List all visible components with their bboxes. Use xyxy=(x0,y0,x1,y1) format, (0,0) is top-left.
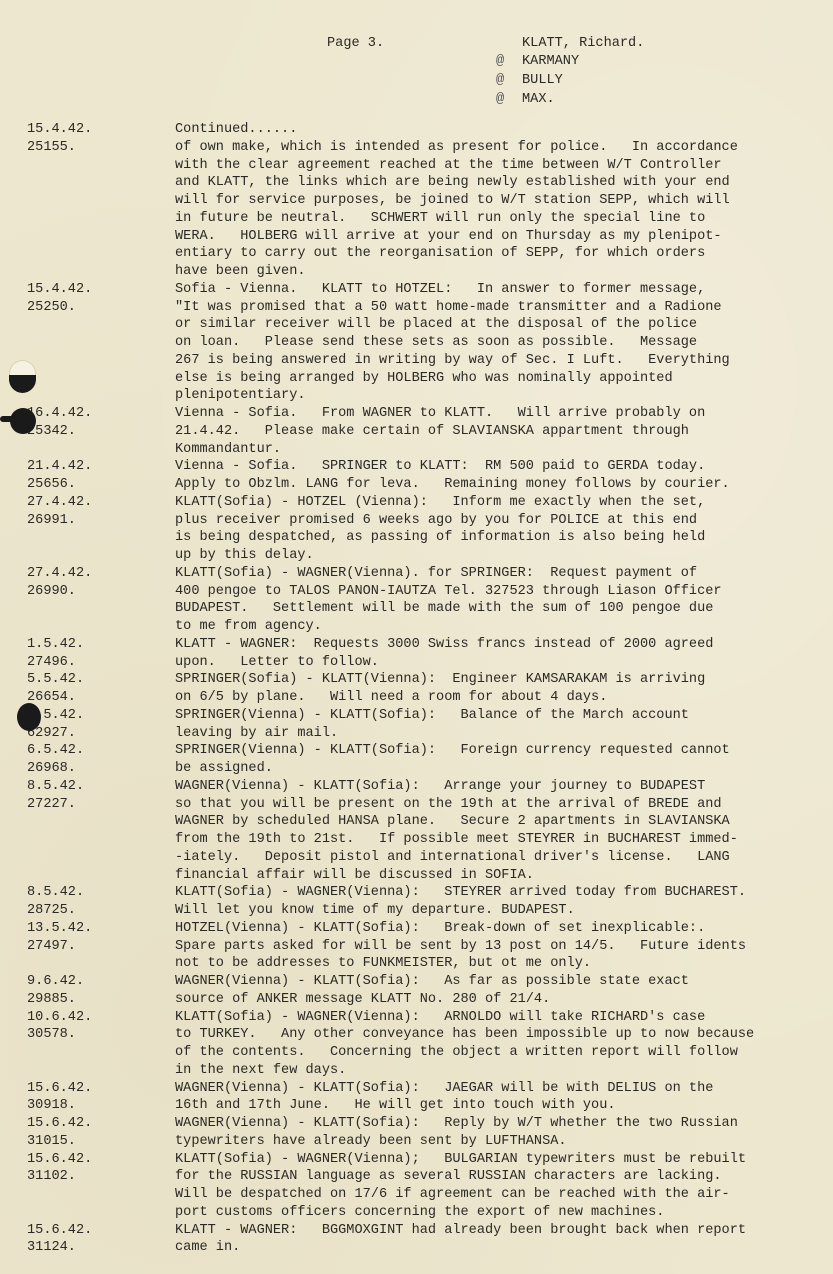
entry-text-line: SPRINGER(Sofia) - KLATT(Vienna): Enginee… xyxy=(175,671,813,689)
entry-reference-number: 26654. xyxy=(27,689,175,707)
entry-text-line: Apply to Obzlm. LANG for leva. Remaining… xyxy=(175,476,813,494)
entry-text-line: be assigned. xyxy=(175,760,813,778)
entry-date: 15.4.42. xyxy=(27,281,175,299)
entry-meta: 15.4.42.25155. xyxy=(0,121,175,281)
entry-reference-number: 26991. xyxy=(27,512,175,530)
entry-text-line: WAGNER(Vienna) - KLATT(Sofia): As far as… xyxy=(175,973,813,991)
entry-reference-number: 27496. xyxy=(27,654,175,672)
entry-meta: 9.6.42.29885. xyxy=(0,973,175,1009)
entry-text: WAGNER(Vienna) - KLATT(Sofia): JAEGAR wi… xyxy=(175,1080,833,1116)
entry-text-line: leaving by air mail. xyxy=(175,725,813,743)
entry-meta: 13.5.42.27497. xyxy=(0,920,175,973)
at-sign-icon: @ xyxy=(496,52,522,71)
entry-date: 9.6.42. xyxy=(27,973,175,991)
entry-text-line: from the 19th to 21st. If possible meet … xyxy=(175,831,813,849)
at-sign-icon: @ xyxy=(496,90,522,109)
entry-text-line: KLATT - WAGNER: BGGMOXGINT had already b… xyxy=(175,1222,813,1240)
log-entry: 13.5.42.27497.HOTZEL(Vienna) - KLATT(Sof… xyxy=(0,920,833,973)
entry-text: SPRINGER(Vienna) - KLATT(Sofia): Balance… xyxy=(175,707,833,743)
entry-text: KLATT(Sofia) - HOTZEL (Vienna): Inform m… xyxy=(175,494,833,565)
entry-text-line: plenipotentiary. xyxy=(175,387,813,405)
entry-text-line: to me from agency. xyxy=(175,618,813,636)
entry-text-line: Continued...... xyxy=(175,121,813,139)
entry-text: SPRINGER(Sofia) - KLATT(Vienna): Enginee… xyxy=(175,671,833,707)
log-entry: 5.5.42.62927.SPRINGER(Vienna) - KLATT(So… xyxy=(0,707,833,743)
entry-meta: 5.5.42.26654. xyxy=(0,671,175,707)
log-entry: 15.6.42.31124.KLATT - WAGNER: BGGMOXGINT… xyxy=(0,1222,833,1258)
entry-text-line: Kommandantur. xyxy=(175,441,813,459)
entry-text-line: KLATT(Sofia) - HOTZEL (Vienna): Inform m… xyxy=(175,494,813,512)
entry-date: 15.6.42. xyxy=(27,1222,175,1240)
entry-reference-number: 30578. xyxy=(27,1026,175,1044)
entry-date: 10.6.42. xyxy=(27,1009,175,1027)
entry-text-line: Vienna - Sofia. From WAGNER to KLATT. Wi… xyxy=(175,405,813,423)
entry-date: 16.4.42. xyxy=(27,405,175,423)
entry-meta: 8.5.42.28725. xyxy=(0,884,175,920)
entry-reference-number: 25155. xyxy=(27,139,175,157)
entry-text-line: came in. xyxy=(175,1239,813,1257)
entry-text-line: WERA. HOLBERG will arrive at your end on… xyxy=(175,228,813,246)
log-entry: 15.4.42.25250.Sofia - Vienna. KLATT to H… xyxy=(0,281,833,405)
entry-text-line: for the RUSSIAN language as several RUSS… xyxy=(175,1168,813,1186)
log-entry: 5.5.42.26654.SPRINGER(Sofia) - KLATT(Vie… xyxy=(0,671,833,707)
entry-text-line: HOTZEL(Vienna) - KLATT(Sofia): Break-dow… xyxy=(175,920,813,938)
entry-date: 5.5.42. xyxy=(27,671,175,689)
entry-text-line: with the clear agreement reached at the … xyxy=(175,157,813,175)
entry-text: WAGNER(Vienna) - KLATT(Sofia): Arrange y… xyxy=(175,778,833,885)
entry-text-line: KLATT(Sofia) - WAGNER(Vienna): ARNOLDO w… xyxy=(175,1009,813,1027)
entry-meta: 15.6.42.31015. xyxy=(0,1115,175,1151)
entry-text-line: financial affair will be discussed in SO… xyxy=(175,867,813,885)
message-log: 15.4.42.25155.Continued......of own make… xyxy=(0,121,833,1257)
entry-text-line: of the contents. Concerning the object a… xyxy=(175,1044,813,1062)
entry-text: Continued......of own make, which is int… xyxy=(175,121,833,281)
entry-reference-number: 27497. xyxy=(27,938,175,956)
subject-name: KLATT, Richard. xyxy=(522,34,644,53)
entry-meta: 8.5.42.27227. xyxy=(0,778,175,885)
entry-text: Vienna - Sofia. SPRINGER to KLATT: RM 50… xyxy=(175,458,833,494)
log-entry: 27.4.42.26990.KLATT(Sofia) - WAGNER(Vien… xyxy=(0,565,833,636)
log-entry: 15.6.42.31015.WAGNER(Vienna) - KLATT(Sof… xyxy=(0,1115,833,1151)
entry-meta: 15.6.42.31124. xyxy=(0,1222,175,1258)
entry-text-line: have been given. xyxy=(175,263,813,281)
log-entry: 16.4.42.25342.Vienna - Sofia. From WAGNE… xyxy=(0,405,833,458)
entry-text-line: port customs officers concerning the exp… xyxy=(175,1204,813,1222)
entry-text-line: typewriters have already been sent by LU… xyxy=(175,1133,813,1151)
entry-reference-number: 26990. xyxy=(27,583,175,601)
hole-punch-icon xyxy=(17,703,41,731)
entry-date: 15.6.42. xyxy=(27,1080,175,1098)
entry-text: SPRINGER(Vienna) - KLATT(Sofia): Foreign… xyxy=(175,742,833,778)
entry-text-line: KLATT(Sofia) - WAGNER(Vienna); BULGARIAN… xyxy=(175,1151,813,1169)
alias-item: @ MAX. xyxy=(496,90,579,109)
entry-reference-number: 31124. xyxy=(27,1239,175,1257)
entry-date: 15.6.42. xyxy=(27,1115,175,1133)
entry-text-line: on 6/5 by plane. Will need a room for ab… xyxy=(175,689,813,707)
entry-text-line: entiary to carry out the reorganisation … xyxy=(175,245,813,263)
log-entry: 8.5.42.28725.KLATT(Sofia) - WAGNER(Vienn… xyxy=(0,884,833,920)
entry-date: 15.4.42. xyxy=(27,121,175,139)
entry-text: Vienna - Sofia. From WAGNER to KLATT. Wi… xyxy=(175,405,833,458)
entry-text-line: WAGNER by scheduled HANSA plane. Secure … xyxy=(175,813,813,831)
entry-text-line: of own make, which is intended as presen… xyxy=(175,139,813,157)
entry-text-line: 16th and 17th June. He will get into tou… xyxy=(175,1097,813,1115)
log-entry: 6.5.42.26968.SPRINGER(Vienna) - KLATT(So… xyxy=(0,742,833,778)
entry-text-line: is being despatched, as passing of infor… xyxy=(175,529,813,547)
alias-item: @ KARMANY xyxy=(496,52,579,71)
entry-text-line: SPRINGER(Vienna) - KLATT(Sofia): Foreign… xyxy=(175,742,813,760)
entry-text-line: -iately. Deposit pistol and internationa… xyxy=(175,849,813,867)
entry-date: 8.5.42. xyxy=(27,884,175,902)
entry-meta: 15.6.42.30918. xyxy=(0,1080,175,1116)
entry-date: 6.5.42. xyxy=(27,742,175,760)
at-sign-icon: @ xyxy=(496,71,522,90)
entry-reference-number: 25656. xyxy=(27,476,175,494)
log-entry: 8.5.42.27227.WAGNER(Vienna) - KLATT(Sofi… xyxy=(0,778,833,885)
entry-reference-number: 62927. xyxy=(27,725,175,743)
entry-text-line: not to be addresses to FUNKMEISTER, but … xyxy=(175,955,813,973)
entry-meta: 21.4.42.25656. xyxy=(0,458,175,494)
entry-reference-number: 25250. xyxy=(27,299,175,317)
log-entry: 15.6.42.30918.WAGNER(Vienna) - KLATT(Sof… xyxy=(0,1080,833,1116)
entry-meta: 6.5.42.26968. xyxy=(0,742,175,778)
entry-date: 5.5.42. xyxy=(27,707,175,725)
entry-text-line: so that you will be present on the 19th … xyxy=(175,796,813,814)
entry-text: KLATT(Sofia) - WAGNER(Vienna): STEYRER a… xyxy=(175,884,833,920)
alias-name: KARMANY xyxy=(522,52,579,71)
entry-date: 15.6.42. xyxy=(27,1151,175,1169)
entry-text-line: source of ANKER message KLATT No. 280 of… xyxy=(175,991,813,1009)
entry-text-line: WAGNER(Vienna) - KLATT(Sofia): JAEGAR wi… xyxy=(175,1080,813,1098)
entry-text-line: upon. Letter to follow. xyxy=(175,654,813,672)
entry-text-line: Spare parts asked for will be sent by 13… xyxy=(175,938,813,956)
entry-meta: 27.4.42.26990. xyxy=(0,565,175,636)
document-page: Page 3. KLATT, Richard. @ KARMANY @ BULL… xyxy=(0,0,833,1274)
entry-date: 1.5.42. xyxy=(27,636,175,654)
entry-text-line: Vienna - Sofia. SPRINGER to KLATT: RM 50… xyxy=(175,458,813,476)
entry-reference-number: 31102. xyxy=(27,1168,175,1186)
entry-text-line: Will be despatched on 17/6 if agreement … xyxy=(175,1186,813,1204)
entry-text-line: WAGNER(Vienna) - KLATT(Sofia): Reply by … xyxy=(175,1115,813,1133)
entry-text-line: else is being arranged by HOLBERG who wa… xyxy=(175,370,813,388)
alias-name: MAX. xyxy=(522,90,555,109)
entry-text-line: and KLATT, the links which are being new… xyxy=(175,174,813,192)
entry-text-line: on loan. Please send these sets as soon … xyxy=(175,334,813,352)
entry-text-line: 21.4.42. Please make certain of SLAVIANS… xyxy=(175,423,813,441)
log-entry: 27.4.42.26991.KLATT(Sofia) - HOTZEL (Vie… xyxy=(0,494,833,565)
entry-text-line: 400 pengoe to TALOS PANON-IAUTZA Tel. 32… xyxy=(175,583,813,601)
page-number: Page 3. xyxy=(327,34,384,53)
hole-punch-icon xyxy=(9,360,36,393)
entry-date: 8.5.42. xyxy=(27,778,175,796)
entry-meta: 1.5.42.27496. xyxy=(0,636,175,672)
entry-text-line: WAGNER(Vienna) - KLATT(Sofia): Arrange y… xyxy=(175,778,813,796)
alias-item: @ BULLY xyxy=(496,71,579,90)
entry-text-line: or similar receiver will be placed at th… xyxy=(175,316,813,334)
entry-reference-number: 25342. xyxy=(27,423,175,441)
entry-text-line: up by this delay. xyxy=(175,547,813,565)
entry-date: 27.4.42. xyxy=(27,494,175,512)
entry-text-line: in future be neutral. SCHWERT will run o… xyxy=(175,210,813,228)
entry-text: KLATT(Sofia) - WAGNER(Vienna): ARNOLDO w… xyxy=(175,1009,833,1080)
entry-text-line: SPRINGER(Vienna) - KLATT(Sofia): Balance… xyxy=(175,707,813,725)
entry-meta: 27.4.42.26991. xyxy=(0,494,175,565)
entry-text: WAGNER(Vienna) - KLATT(Sofia): As far as… xyxy=(175,973,833,1009)
entry-reference-number: 28725. xyxy=(27,902,175,920)
alias-name: BULLY xyxy=(522,71,563,90)
entry-text: WAGNER(Vienna) - KLATT(Sofia): Reply by … xyxy=(175,1115,833,1151)
entry-text-line: to TURKEY. Any other conveyance has been… xyxy=(175,1026,813,1044)
alias-list: @ KARMANY @ BULLY @ MAX. xyxy=(496,52,579,109)
entry-text-line: BUDAPEST. Settlement will be made with t… xyxy=(175,600,813,618)
entry-text-line: in the next few days. xyxy=(175,1062,813,1080)
entry-meta: 15.6.42.31102. xyxy=(0,1151,175,1222)
entry-reference-number: 30918. xyxy=(27,1097,175,1115)
entry-text: KLATT - WAGNER: BGGMOXGINT had already b… xyxy=(175,1222,833,1258)
entry-text-line: KLATT(Sofia) - WAGNER(Vienna). for SPRIN… xyxy=(175,565,813,583)
entry-reference-number: 27227. xyxy=(27,796,175,814)
entry-text-line: 267 is being answered in writing by way … xyxy=(175,352,813,370)
log-entry: 15.4.42.25155.Continued......of own make… xyxy=(0,121,833,281)
entry-text: KLATT - WAGNER: Requests 3000 Swiss fran… xyxy=(175,636,833,672)
log-entry: 9.6.42.29885.WAGNER(Vienna) - KLATT(Sofi… xyxy=(0,973,833,1009)
page-header: Page 3. KLATT, Richard. @ KARMANY @ BULL… xyxy=(0,32,833,112)
entry-date: 13.5.42. xyxy=(27,920,175,938)
entry-meta: 10.6.42.30578. xyxy=(0,1009,175,1080)
entry-reference-number: 31015. xyxy=(27,1133,175,1151)
entry-text-line: Will let you know time of my departure. … xyxy=(175,902,813,920)
hole-punch-icon xyxy=(0,416,18,422)
entry-reference-number: 29885. xyxy=(27,991,175,1009)
entry-text-line: KLATT(Sofia) - WAGNER(Vienna): STEYRER a… xyxy=(175,884,813,902)
entry-text: Sofia - Vienna. KLATT to HOTZEL: In answ… xyxy=(175,281,833,405)
entry-text-line: plus receiver promised 6 weeks ago by yo… xyxy=(175,512,813,530)
entry-text: KLATT(Sofia) - WAGNER(Vienna); BULGARIAN… xyxy=(175,1151,833,1222)
log-entry: 1.5.42.27496.KLATT - WAGNER: Requests 30… xyxy=(0,636,833,672)
entry-text: HOTZEL(Vienna) - KLATT(Sofia): Break-dow… xyxy=(175,920,833,973)
entry-text-line: will for service purposes, be joined to … xyxy=(175,192,813,210)
log-entry: 15.6.42.31102.KLATT(Sofia) - WAGNER(Vien… xyxy=(0,1151,833,1222)
entry-text-line: KLATT - WAGNER: Requests 3000 Swiss fran… xyxy=(175,636,813,654)
entry-text: KLATT(Sofia) - WAGNER(Vienna). for SPRIN… xyxy=(175,565,833,636)
log-entry: 21.4.42.25656.Vienna - Sofia. SPRINGER t… xyxy=(0,458,833,494)
entry-date: 27.4.42. xyxy=(27,565,175,583)
entry-text-line: Sofia - Vienna. KLATT to HOTZEL: In answ… xyxy=(175,281,813,299)
entry-text-line: "It was promised that a 50 watt home-mad… xyxy=(175,299,813,317)
entry-date: 21.4.42. xyxy=(27,458,175,476)
log-entry: 10.6.42.30578.KLATT(Sofia) - WAGNER(Vien… xyxy=(0,1009,833,1080)
entry-reference-number: 26968. xyxy=(27,760,175,778)
